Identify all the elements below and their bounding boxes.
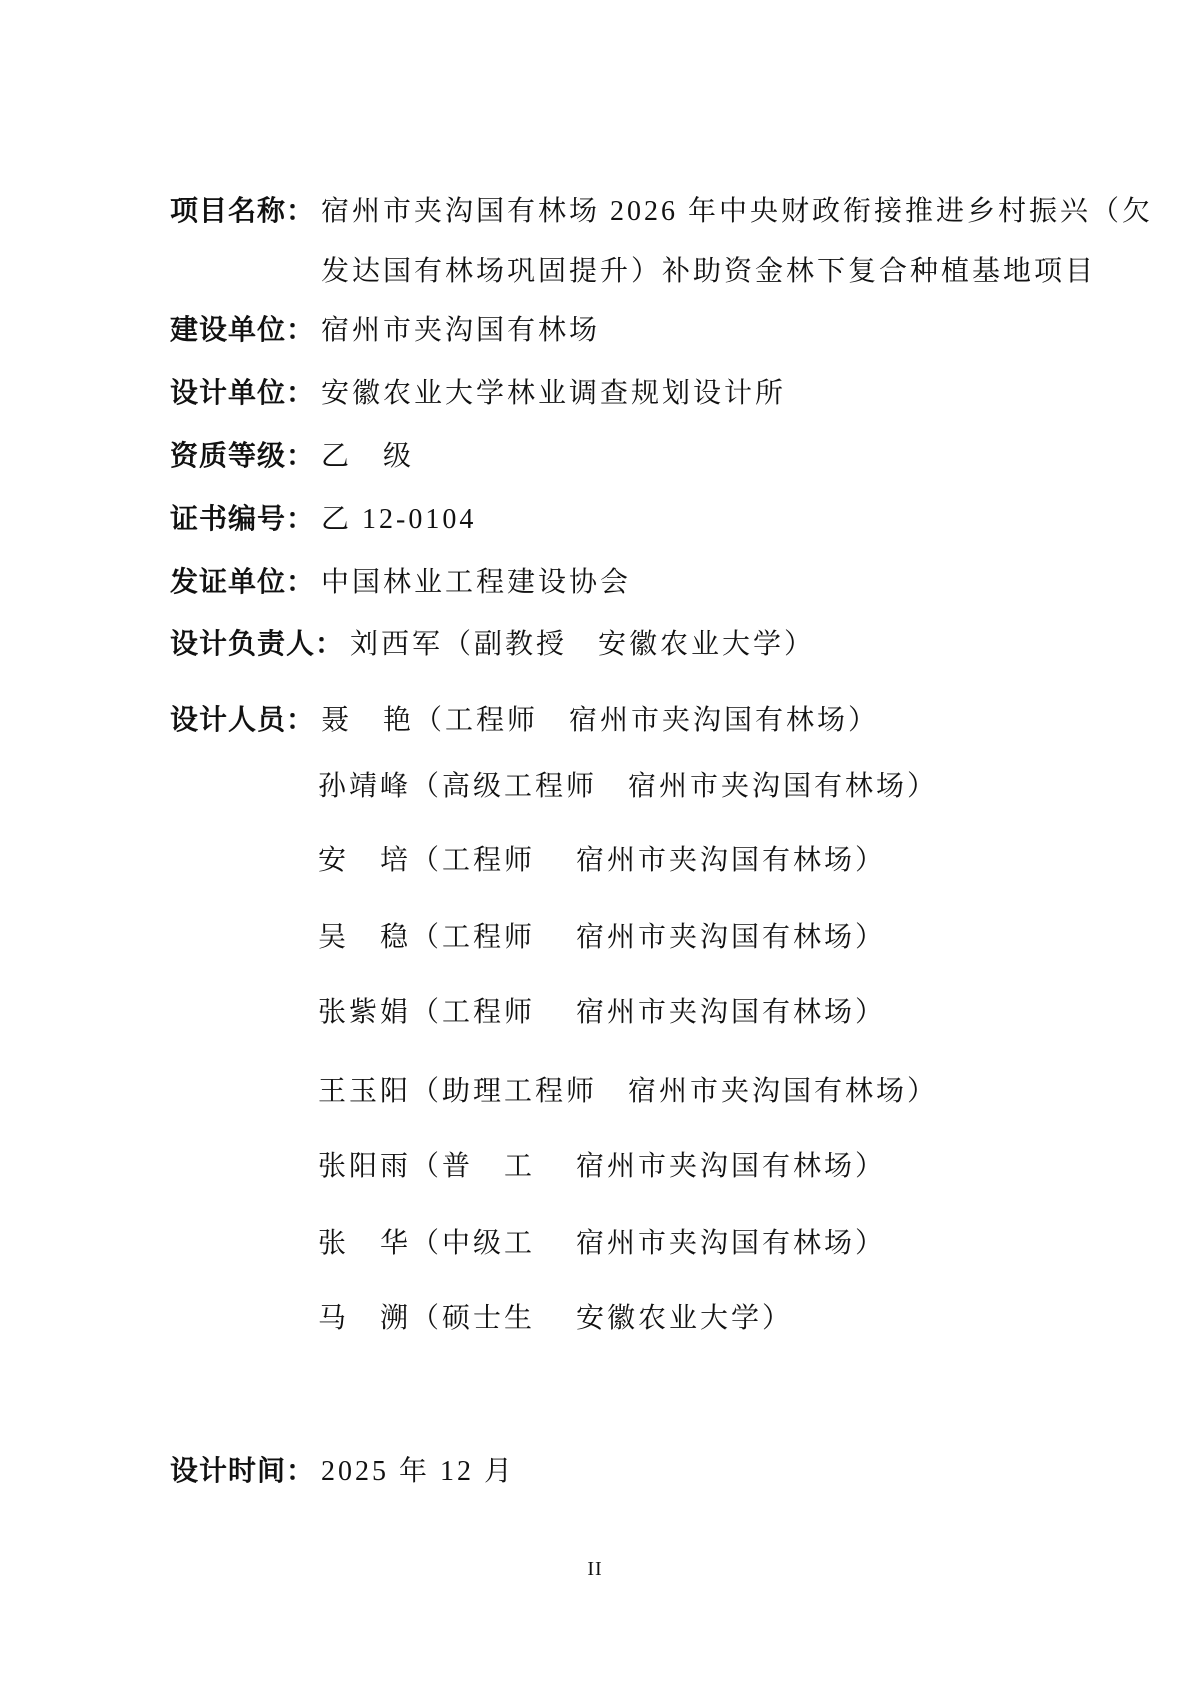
designers-label: 设计人员： [170, 698, 315, 738]
field-certificate-number: 证书编号： 乙 12-0104 [170, 497, 1070, 537]
field-project-name: 项目名称： 宿州市夹沟国有林场 2026 年中央财政衔接推进乡村振兴（欠 发达国… [170, 182, 1070, 302]
construction-unit-label: 建设单位： [170, 308, 315, 348]
field-design-director: 设计负责人： 刘西军（副教授 安徽农业大学） [170, 622, 1070, 662]
design-time-value: 2025 年 12 月 [321, 1449, 515, 1489]
page-footer: II [0, 1558, 1190, 1581]
designer-row: 张阳雨（普 工 宿州市夹沟国有林场） [318, 1144, 886, 1184]
field-design-unit: 设计单位： 安徽农业大学林业调查规划设计所 [170, 371, 1070, 411]
page-number: II [587, 1558, 602, 1580]
certificate-number-label: 证书编号： [170, 497, 315, 537]
issuing-unit-label: 发证单位： [170, 560, 315, 600]
qualification-grade-label: 资质等级： [170, 434, 315, 474]
designer-row: 安 培（工程师 宿州市夹沟国有林场） [318, 838, 886, 878]
designer-row: 吴 稳（工程师 宿州市夹沟国有林场） [318, 915, 886, 955]
construction-unit-value: 宿州市夹沟国有林场 [321, 308, 600, 348]
field-designers: 设计人员： 聂 艳（工程师 宿州市夹沟国有林场） [170, 698, 1070, 738]
field-construction-unit: 建设单位： 宿州市夹沟国有林场 [170, 308, 1070, 348]
issuing-unit-value: 中国林业工程建设协会 [321, 560, 631, 600]
document-page: 项目名称： 宿州市夹沟国有林场 2026 年中央财政衔接推进乡村振兴（欠 发达国… [0, 0, 1190, 1683]
designer-row: 孙靖峰（高级工程师 宿州市夹沟国有林场） [318, 764, 938, 804]
designer-row: 张紫娟（工程师 宿州市夹沟国有林场） [318, 990, 886, 1030]
designer-row: 张 华（中级工 宿州市夹沟国有林场） [318, 1221, 886, 1261]
certificate-number-value: 乙 12-0104 [321, 497, 476, 537]
qualification-grade-value: 乙 级 [321, 434, 414, 474]
project-name-line1: 宿州市夹沟国有林场 2026 年中央财政衔接推进乡村振兴（欠 [321, 182, 1153, 242]
field-qualification-grade: 资质等级： 乙 级 [170, 434, 1070, 474]
design-unit-value: 安徽农业大学林业调查规划设计所 [321, 371, 786, 411]
designer-row: 聂 艳（工程师 宿州市夹沟国有林场） [321, 698, 879, 738]
project-name-value: 宿州市夹沟国有林场 2026 年中央财政衔接推进乡村振兴（欠 发达国有林场巩固提… [321, 182, 1153, 302]
design-unit-label: 设计单位： [170, 371, 315, 411]
project-name-label: 项目名称： [170, 189, 315, 229]
designer-row: 王玉阳（助理工程师 宿州市夹沟国有林场） [318, 1069, 938, 1109]
design-director-value: 刘西军（副教授 安徽农业大学） [350, 622, 815, 662]
designer-row: 马 溯（硕士生 安徽农业大学） [318, 1296, 793, 1336]
design-time-label: 设计时间： [170, 1449, 315, 1489]
design-director-label: 设计负责人： [170, 622, 344, 662]
project-name-line2: 发达国有林场巩固提升）补助资金林下复合种植基地项目 [321, 242, 1153, 302]
field-issuing-unit: 发证单位： 中国林业工程建设协会 [170, 560, 1070, 600]
field-design-time: 设计时间： 2025 年 12 月 [170, 1449, 1070, 1489]
